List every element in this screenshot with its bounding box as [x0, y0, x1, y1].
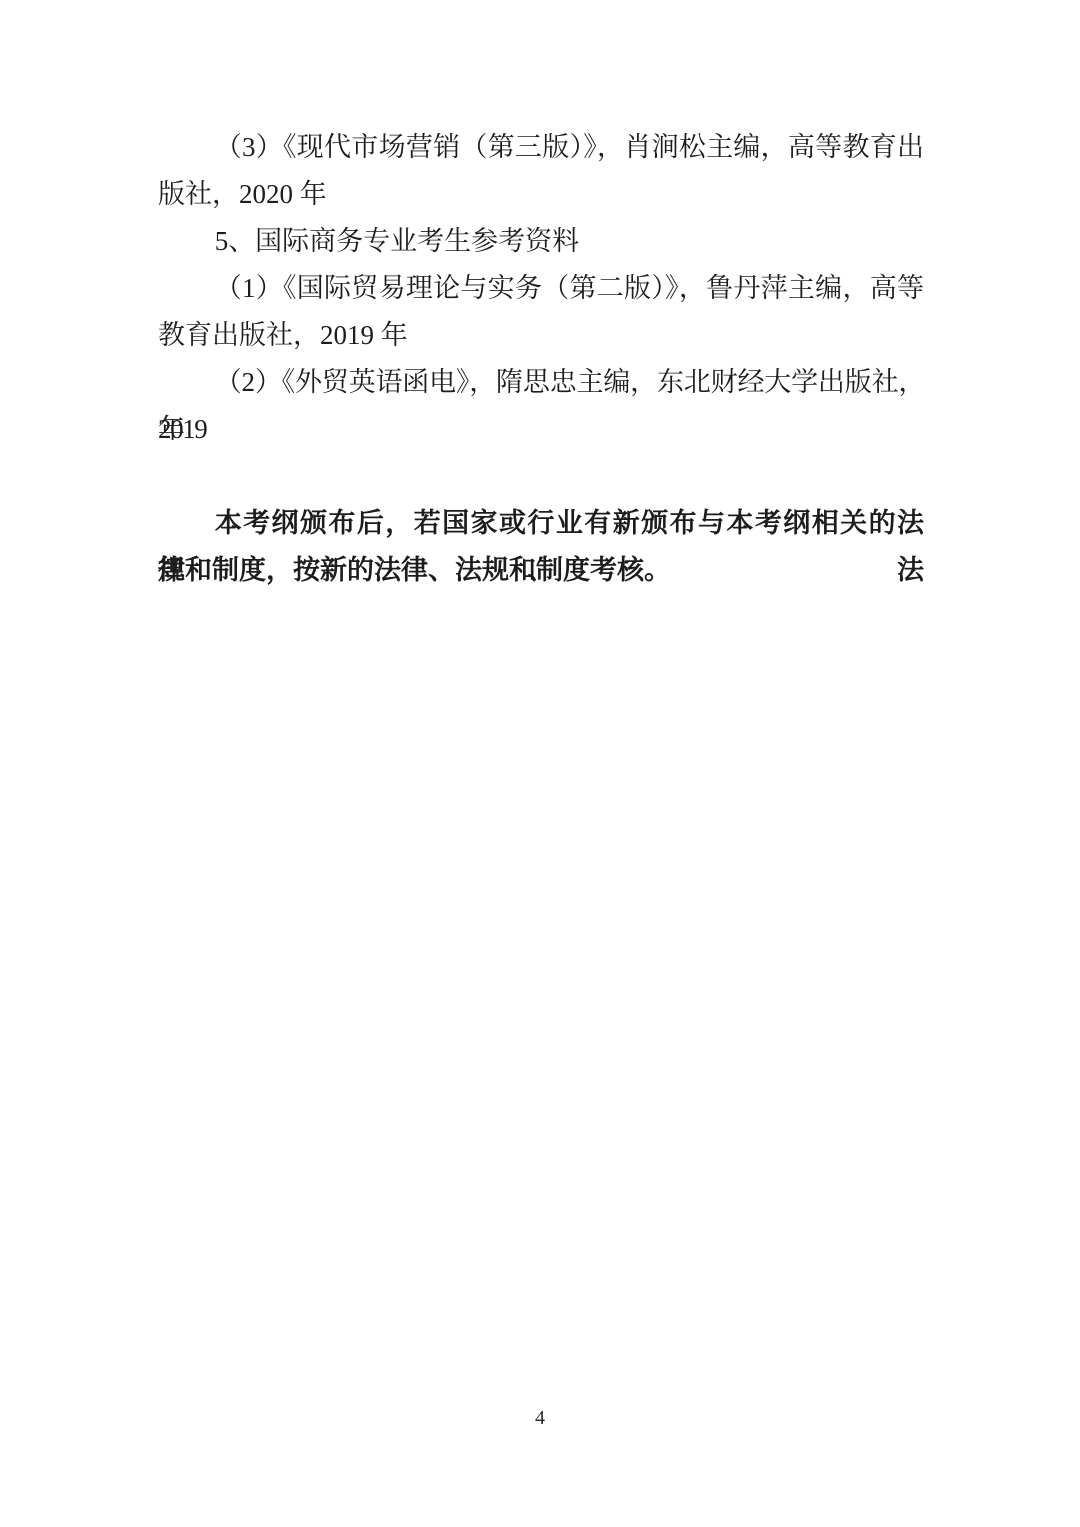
ref-item-2-line-1: （2）《外贸英语函电》，隋思忠主编，东北财经大学出版社，2019 — [158, 359, 924, 406]
document-content: （3）《现代市场营销（第三版）》，肖涧松主编，高等教育出 版社，2020 年 5… — [158, 124, 924, 594]
section-5-heading: 5、国际商务专业考生参考资料 — [158, 218, 924, 265]
ref-item-3-line-1: （3）《现代市场营销（第三版）》，肖涧松主编，高等教育出 — [158, 124, 924, 171]
page-footer: 4 — [0, 1404, 1080, 1432]
ref-item-2-line-2: 年 — [158, 406, 924, 453]
ref-item-1-line-1: （1）《国际贸易理论与实务（第二版）》，鲁丹萍主编，高等 — [158, 265, 924, 312]
blank-line — [158, 453, 924, 500]
document-page: （3）《现代市场营销（第三版）》，肖涧松主编，高等教育出 版社，2020 年 5… — [0, 0, 1080, 1527]
closing-note-line-1: 本考纲颁布后，若国家或行业有新颁布与本考纲相关的法律、法 — [158, 500, 924, 547]
page-number: 4 — [535, 1407, 545, 1429]
ref-item-1-line-2: 教育出版社，2019 年 — [158, 312, 924, 359]
ref-item-3-line-2: 版社，2020 年 — [158, 171, 924, 218]
